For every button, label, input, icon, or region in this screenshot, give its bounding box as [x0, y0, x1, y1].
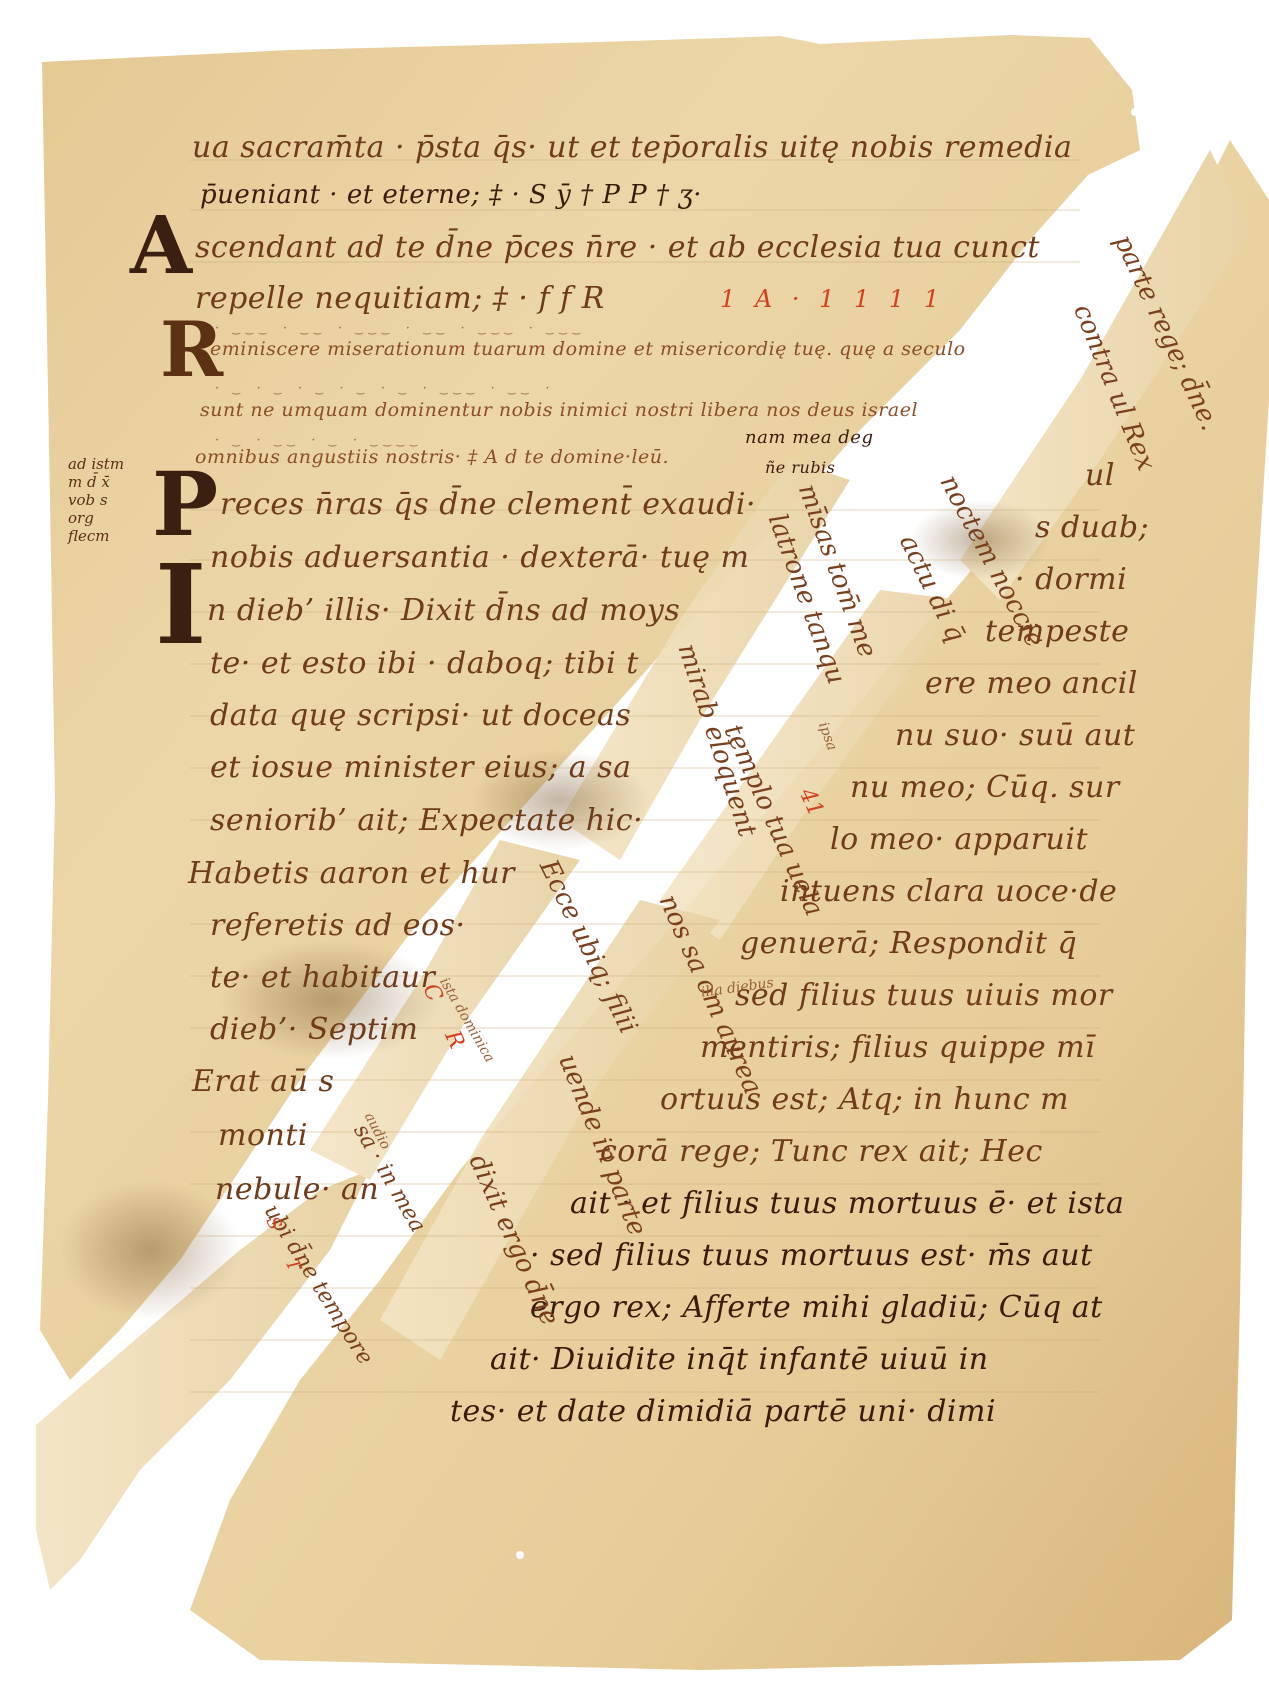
text-line-5: eminiscere miserationum tuarum domine et… [210, 338, 966, 360]
text-line-10: reces n̄ras q̄s d̄ne clement̄ exaudi· [220, 487, 756, 522]
right-line-7: nu meo; Cūq. sur [850, 770, 1120, 805]
text-line-15: et iosue minister eius; a sa [210, 750, 631, 785]
text-line-7: omnibus angustiis nostris· ‡ A d te domi… [195, 446, 669, 468]
right-line-5: ere meo ancil [925, 666, 1138, 701]
right-line-2: s duab; [1035, 510, 1149, 545]
text-line-4: repelle nequitiam; ‡ · f f R [195, 281, 605, 316]
right-line-9: intuens clara uoce·de [780, 874, 1117, 909]
right-line-11: sed filius tuus uiuis mor [735, 978, 1113, 1013]
text-line-3: scendant ad te d̄ne p̄ces n̄re · et ab e… [195, 230, 1040, 265]
right-line-17: ergo rex; Afferte mihi gladiū; Cūq at [530, 1290, 1103, 1325]
initial-i: I [155, 540, 206, 669]
right-line-13: ortuus est; Atq; in hunc m [660, 1082, 1069, 1117]
rubric-numerals: 1 A · 1 1 1 1 [720, 285, 945, 313]
right-line-1: ul [1085, 458, 1115, 493]
text-line-17: Habetis aaron et hur [188, 856, 515, 891]
text-line-23: nebule· an [215, 1172, 379, 1207]
neumes-line-1: · ͜ ͜ ͜ · ͜ ͜ · ͜ ͜ ͜ · ͜ ͜ · ͜ ͜ ͜ · ͜ … [215, 320, 582, 336]
right-line-3: · dormi [1015, 562, 1127, 597]
text-line-11: nobis aduersantia · dexterā· tuę m [210, 540, 749, 575]
text-line-18: referetis ad eos· [210, 908, 466, 943]
text-line-2: p̄ueniant · et eterne; ‡ · S ȳ † P P † ʒ… [200, 180, 702, 210]
right-line-16: · sed filius tuus mortuus est· m̄s aut [530, 1238, 1093, 1273]
text-line-22: monti [218, 1118, 308, 1153]
text-line-21: Erat aū s [192, 1064, 334, 1099]
text-line-16: seniorib’ ait; Expectate hic· [210, 803, 643, 838]
text-line-9: ñe rubis [765, 458, 835, 477]
text-line-19: te· et habitaur [210, 960, 435, 995]
right-line-10: genuerā; Respondit q̄ [740, 926, 1077, 961]
text-line-12: n dieb’ illis· Dixit d̄ns ad moys [207, 593, 680, 628]
margin-note: ad istm m d̄ x̄ vob s org flecm [68, 455, 124, 545]
right-line-8: lo meo· apparuit [830, 822, 1088, 857]
initial-a: A [130, 198, 192, 292]
right-line-6: nu suo· suū aut [895, 718, 1135, 753]
text-line-1: ua sacram̄ta · p̄sta q̄s· ut et tep̄oral… [192, 130, 1072, 165]
right-line-19: tes· et date dimidiā partē uni· dimi [450, 1394, 996, 1429]
neumes-line-2: · ͜ · ͜ · ͜ · ͜ · ͜ · ͜ ͜ ͜ · ͜ ͜ · [215, 380, 560, 396]
right-line-14: corā rege; Tunc rex ait; Hec [600, 1134, 1043, 1169]
right-line-12: mentiris; filius quippe mī [700, 1030, 1095, 1065]
text-line-8: nam mea deg [745, 427, 874, 448]
text-line-13: te· et esto ibi · daboq; tibi t [210, 646, 639, 681]
manuscript-page: A R P I ad istm m d̄ x̄ vob s org flecm … [0, 0, 1269, 1695]
text-line-20: dieb’· Septim [210, 1012, 418, 1047]
text-line-14: data quę scripsi· ut doceas [210, 698, 631, 733]
text-line-6: sunt ne umquam dominentur nobis inimici … [200, 399, 918, 421]
right-line-15: ait · et filius tuus mortuus ē· et ista [570, 1186, 1124, 1221]
right-line-18: ait· Diuidite inq̄t infantē uiuū in [490, 1342, 989, 1377]
